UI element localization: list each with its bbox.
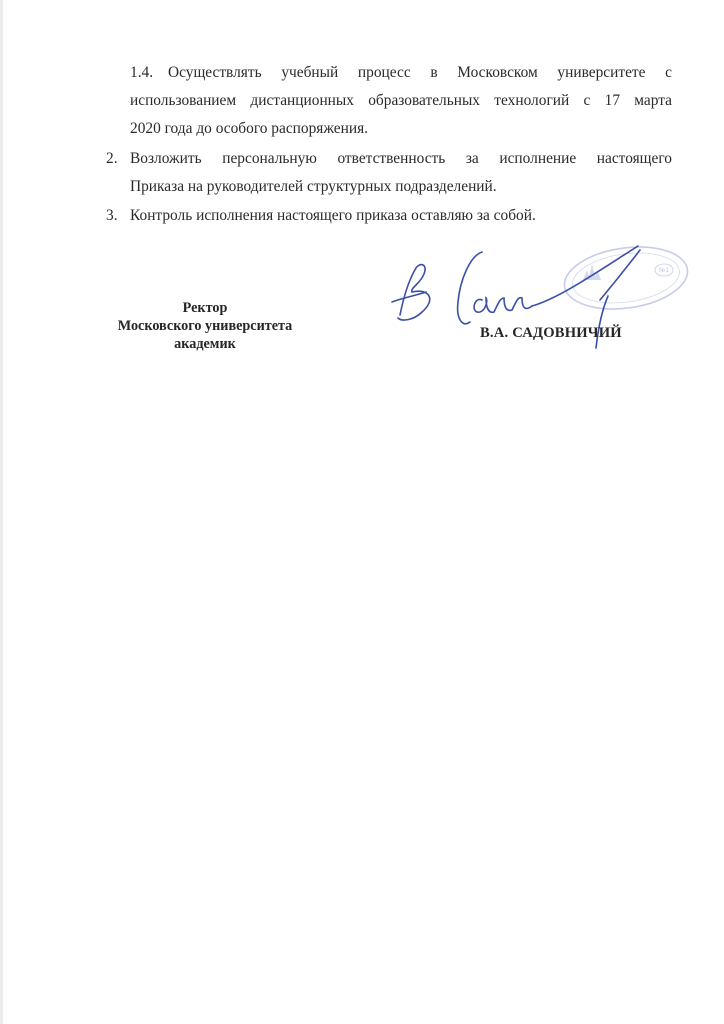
title-line: Московского университета: [80, 317, 330, 335]
item-text-line: Осуществлять учебный процесс в Московско…: [168, 63, 672, 83]
title-line: Ректор: [80, 299, 330, 317]
title-line: академик: [80, 335, 330, 353]
item-text-line: Возложить персональную ответственность з…: [130, 149, 672, 169]
item-number: 2.: [106, 149, 118, 169]
item-text-line: Приказа на руководителей структурных под…: [130, 177, 497, 197]
item-text-line: использованием дистанционных образовател…: [130, 91, 672, 111]
item-number: 1.4.: [130, 63, 153, 83]
item-number: 3.: [106, 206, 118, 226]
stamp-icon: №1: [560, 240, 690, 316]
item-text-line: Контроль исполнения настоящего приказа о…: [130, 206, 536, 226]
svg-text:№1: №1: [659, 267, 669, 274]
signatory-title: Ректор Московского университета академик: [80, 299, 330, 353]
scan-edge: [0, 0, 3, 1024]
item-text-line: 2020 года до особого распоряжения.: [130, 119, 368, 139]
signatory-name: В.А. САДОВНИЧИЙ: [480, 324, 622, 342]
